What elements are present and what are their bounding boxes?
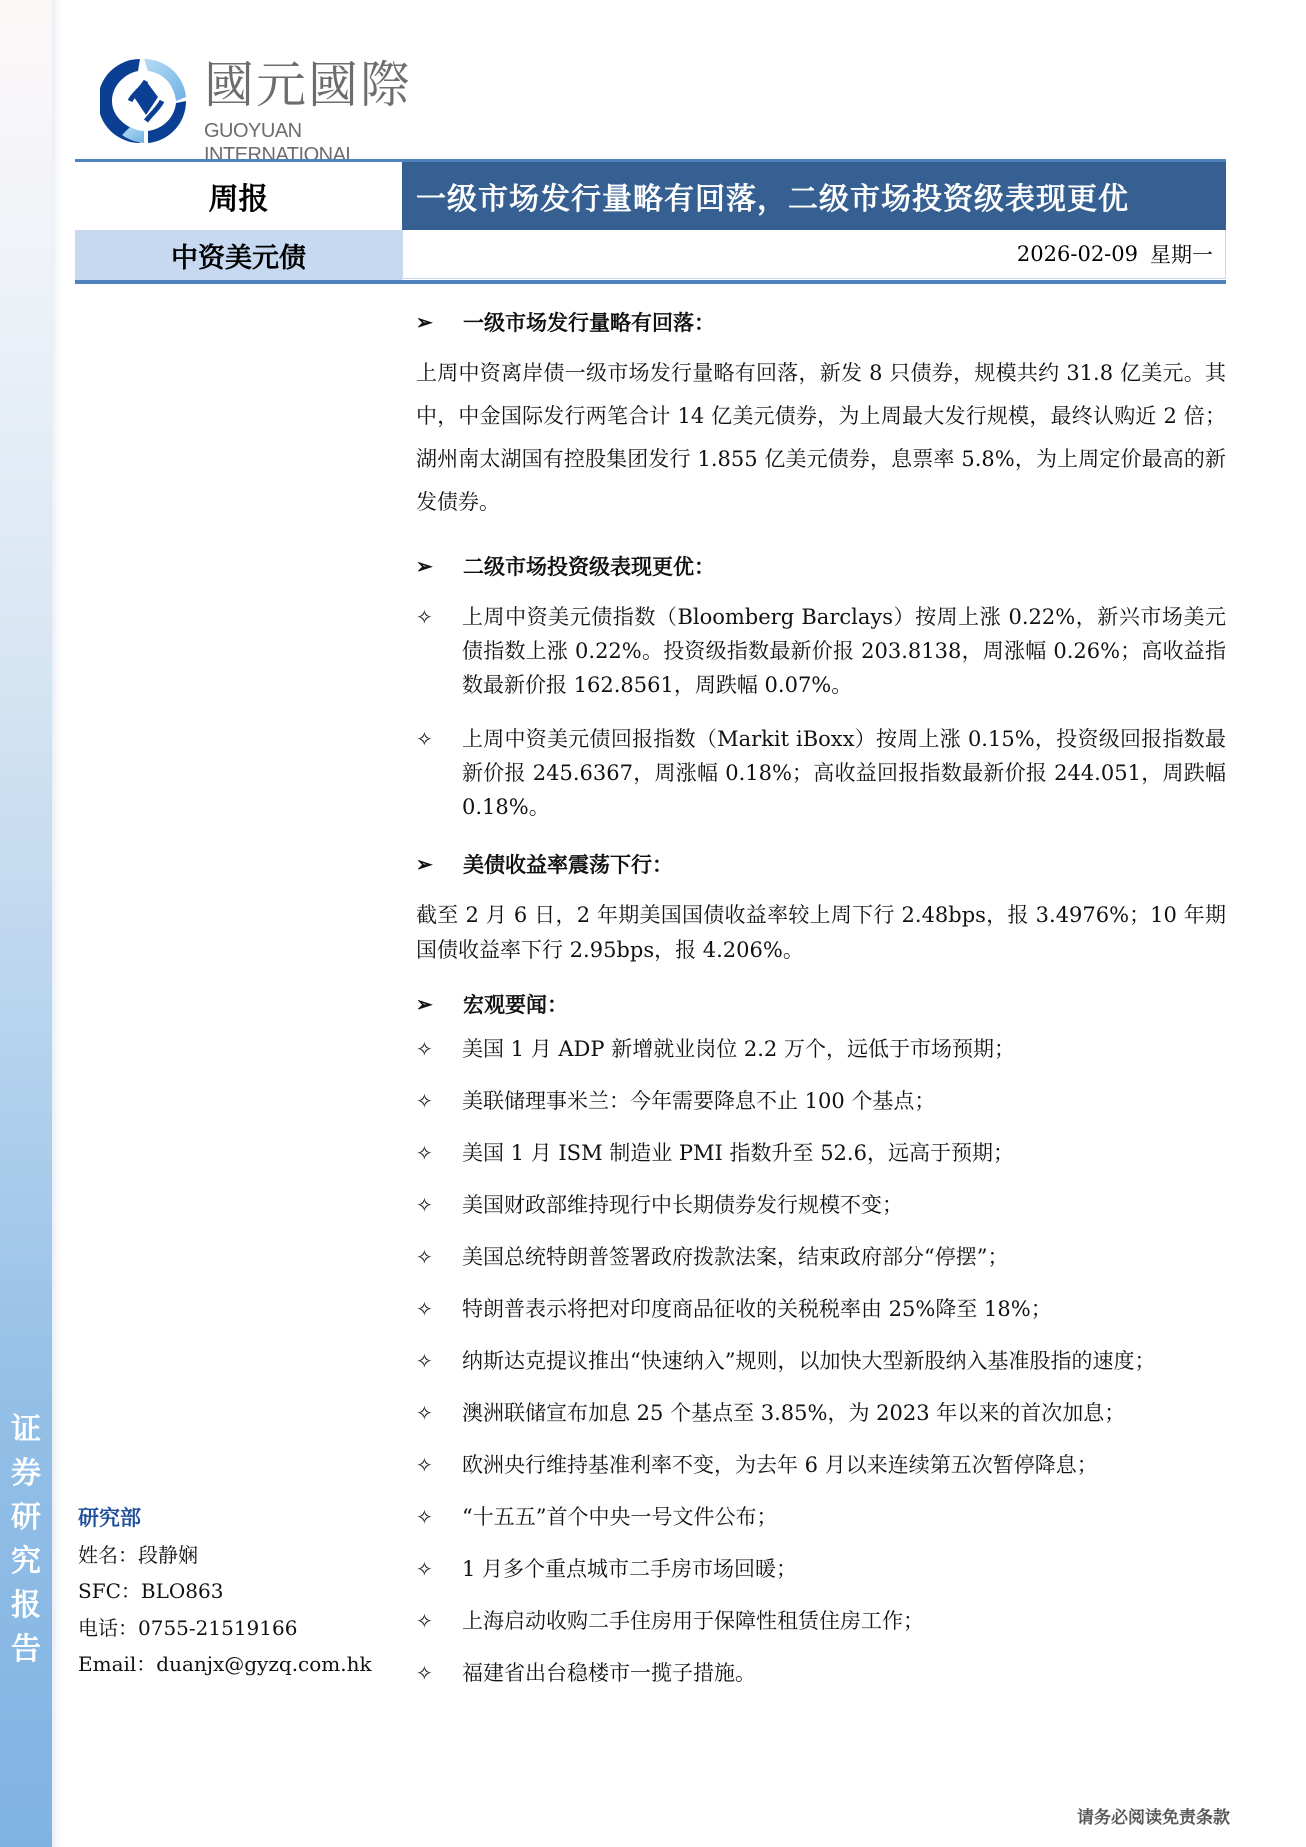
list-item: ✧欧洲央行维持基准利率不变，为去年 6 月以来连续第五次暂停降息； xyxy=(416,1448,1226,1482)
list-item: ✧特朗普表示将把对印度商品征收的关税税率由 25%降至 18%； xyxy=(416,1292,1226,1326)
diamond-bullet-icon: ✧ xyxy=(416,1500,462,1534)
section-paragraph: 上周中资离岸债一级市场发行量略有回落，新发 8 只债券，规模共约 31.8 亿美… xyxy=(416,352,1226,524)
report-category: 中资美元债 xyxy=(75,230,402,280)
list-item-text: 福建省出台稳楼市一揽子措施。 xyxy=(462,1656,1226,1690)
list-item: ✧美国 1 月 ISM 制造业 PMI 指数升至 52.6，远高于预期； xyxy=(416,1136,1226,1170)
section-heading-primary-market: ➢ 一级市场发行量略有回落： xyxy=(416,302,1226,342)
section-heading-macro-news: ➢ 宏观要闻： xyxy=(416,984,1226,1024)
report-header: 周报 一级市场发行量略有回落，二级市场投资级表现更优 中资美元债 2026-02… xyxy=(75,159,1226,284)
list-item: ✧1 月多个重点城市二手房市场回暖； xyxy=(416,1552,1226,1586)
analyst-contact: 研究部 姓名：段静娴 SFC：BLO863 电话：0755-21519166 E… xyxy=(78,1500,372,1683)
logo-name-cn: 國元國際 xyxy=(204,55,412,115)
weekday: 星期一 xyxy=(1150,239,1213,269)
list-item-text: 上周中资美元债回报指数（Markit iBoxx）按周上涨 0.15%，投资级回… xyxy=(462,722,1226,824)
list-item-text: 美国 1 月 ISM 制造业 PMI 指数升至 52.6，远高于预期； xyxy=(462,1136,1226,1170)
list-item: ✧美国 1 月 ADP 新增就业岗位 2.2 万个，远低于市场预期； xyxy=(416,1032,1226,1066)
diamond-bullet-icon: ✧ xyxy=(416,1032,462,1066)
diamond-bullet-icon: ✧ xyxy=(416,600,462,702)
diamond-bullet-icon: ✧ xyxy=(416,1656,462,1690)
diamond-bullet-icon: ✧ xyxy=(416,1240,462,1274)
analyst-phone: 电话：0755-21519166 xyxy=(78,1610,372,1647)
report-title: 一级市场发行量略有回落，二级市场投资级表现更优 xyxy=(402,162,1226,230)
section-heading-text: 宏观要闻： xyxy=(463,989,568,1019)
list-item-text: 美国 1 月 ADP 新增就业岗位 2.2 万个，远低于市场预期； xyxy=(462,1032,1226,1066)
diamond-bullet-icon: ✧ xyxy=(416,1396,462,1430)
list-item-text: 美国总统特朗普签署政府拨款法案，结束政府部分“停摆”； xyxy=(462,1240,1226,1274)
report-type: 周报 xyxy=(75,162,402,230)
list-item-text: 上海启动收购二手住房用于保障性租赁住房工作； xyxy=(462,1604,1226,1638)
report-body: ➢ 一级市场发行量略有回落： 上周中资离岸债一级市场发行量略有回落，新发 8 只… xyxy=(416,302,1226,1708)
guoyuan-logo-icon xyxy=(100,57,192,145)
arrow-bullet-icon: ➢ xyxy=(416,310,463,334)
side-banner-shadow xyxy=(52,0,62,1847)
list-item-text: 纳斯达克提议推出“快速纳入”规则，以加快大型新股纳入基准股指的速度； xyxy=(462,1344,1226,1378)
section-heading-text: 二级市场投资级表现更优： xyxy=(463,551,715,581)
diamond-bullet-icon: ✧ xyxy=(416,1084,462,1118)
report-date: 2026-02-09 星期一 xyxy=(402,230,1226,279)
vertical-char: 报 xyxy=(11,1584,41,1628)
arrow-bullet-icon: ➢ xyxy=(416,554,463,578)
diamond-bullet-icon: ✧ xyxy=(416,1344,462,1378)
analyst-email[interactable]: Email：duanjx@gyzq.com.hk xyxy=(78,1646,372,1683)
analyst-sfc: SFC：BLO863 xyxy=(78,1573,372,1610)
section-heading-text: 美债收益率震荡下行： xyxy=(463,849,673,879)
macro-news-list: ✧美国 1 月 ADP 新增就业岗位 2.2 万个，远低于市场预期； ✧美联储理… xyxy=(416,1032,1226,1690)
list-item-text: 澳洲联储宣布加息 25 个基点至 3.85%，为 2023 年以来的首次加息； xyxy=(462,1396,1226,1430)
diamond-bullet-icon: ✧ xyxy=(416,1448,462,1482)
list-item: ✧美国财政部维持现行中长期债券发行规模不变； xyxy=(416,1188,1226,1222)
section-paragraph: 截至 2 月 6 日，2 年期美国国债收益率较上周下行 2.48bps，报 3.… xyxy=(416,898,1226,968)
arrow-bullet-icon: ➢ xyxy=(416,992,463,1016)
analyst-name: 姓名：段静娴 xyxy=(78,1537,372,1574)
list-item: ✧上海启动收购二手住房用于保障性租赁住房工作； xyxy=(416,1604,1226,1638)
diamond-bullet-icon: ✧ xyxy=(416,1292,462,1326)
section-heading-secondary-market: ➢ 二级市场投资级表现更优： xyxy=(416,546,1226,586)
list-item-text: 美联储理事米兰：今年需要降息不止 100 个基点； xyxy=(462,1084,1226,1118)
disclaimer-link[interactable]: 请务必阅读免责条款 xyxy=(1077,1803,1230,1828)
list-item-text: 上周中资美元债指数（Bloomberg Barclays）按周上涨 0.22%，… xyxy=(462,600,1226,702)
diamond-bullet-icon: ✧ xyxy=(416,1552,462,1586)
diamond-bullet-icon: ✧ xyxy=(416,1604,462,1638)
list-item: ✧美国总统特朗普签署政府拨款法案，结束政府部分“停摆”； xyxy=(416,1240,1226,1274)
section-heading-text: 一级市场发行量略有回落： xyxy=(463,307,715,337)
list-item-text: 1 月多个重点城市二手房市场回暖； xyxy=(462,1552,1226,1586)
vertical-char: 研 xyxy=(11,1496,41,1540)
diamond-bullet-icon: ✧ xyxy=(416,1188,462,1222)
list-item: ✧美联储理事米兰：今年需要降息不止 100 个基点； xyxy=(416,1084,1226,1118)
vertical-char: 证 xyxy=(11,1408,41,1452)
company-logo: 國元國際 GUOYUAN INTERNATIONAL xyxy=(100,55,440,145)
vertical-char: 究 xyxy=(11,1540,41,1584)
list-item: ✧纳斯达克提议推出“快速纳入”规则，以加快大型新股纳入基准股指的速度； xyxy=(416,1344,1226,1378)
vertical-char: 券 xyxy=(11,1452,41,1496)
list-item: ✧ 上周中资美元债指数（Bloomberg Barclays）按周上涨 0.22… xyxy=(416,600,1226,702)
list-item-text: 特朗普表示将把对印度商品征收的关税税率由 25%降至 18%； xyxy=(462,1292,1226,1326)
arrow-bullet-icon: ➢ xyxy=(416,852,463,876)
vertical-char: 告 xyxy=(11,1628,41,1672)
list-item: ✧福建省出台稳楼市一揽子措施。 xyxy=(416,1656,1226,1690)
list-item: ✧ 上周中资美元债回报指数（Markit iBoxx）按周上涨 0.15%，投资… xyxy=(416,722,1226,824)
header-bottom-rule xyxy=(75,280,1226,284)
list-item-text: 欧洲央行维持基准利率不变，为去年 6 月以来连续第五次暂停降息； xyxy=(462,1448,1226,1482)
vertical-label-securities-research-report: 证 券 研 究 报 告 xyxy=(0,1408,52,1672)
diamond-bullet-icon: ✧ xyxy=(416,1136,462,1170)
list-item-text: 美国财政部维持现行中长期债券发行规模不变； xyxy=(462,1188,1226,1222)
section-heading-us-treasury: ➢ 美债收益率震荡下行： xyxy=(416,844,1226,884)
department-label: 研究部 xyxy=(78,1500,372,1537)
date-value: 2026-02-09 xyxy=(1017,242,1138,266)
diamond-bullet-icon: ✧ xyxy=(416,722,462,824)
list-item: ✧“十五五”首个中央一号文件公布； xyxy=(416,1500,1226,1534)
list-item-text: “十五五”首个中央一号文件公布； xyxy=(462,1500,1226,1534)
list-item: ✧澳洲联储宣布加息 25 个基点至 3.85%，为 2023 年以来的首次加息； xyxy=(416,1396,1226,1430)
